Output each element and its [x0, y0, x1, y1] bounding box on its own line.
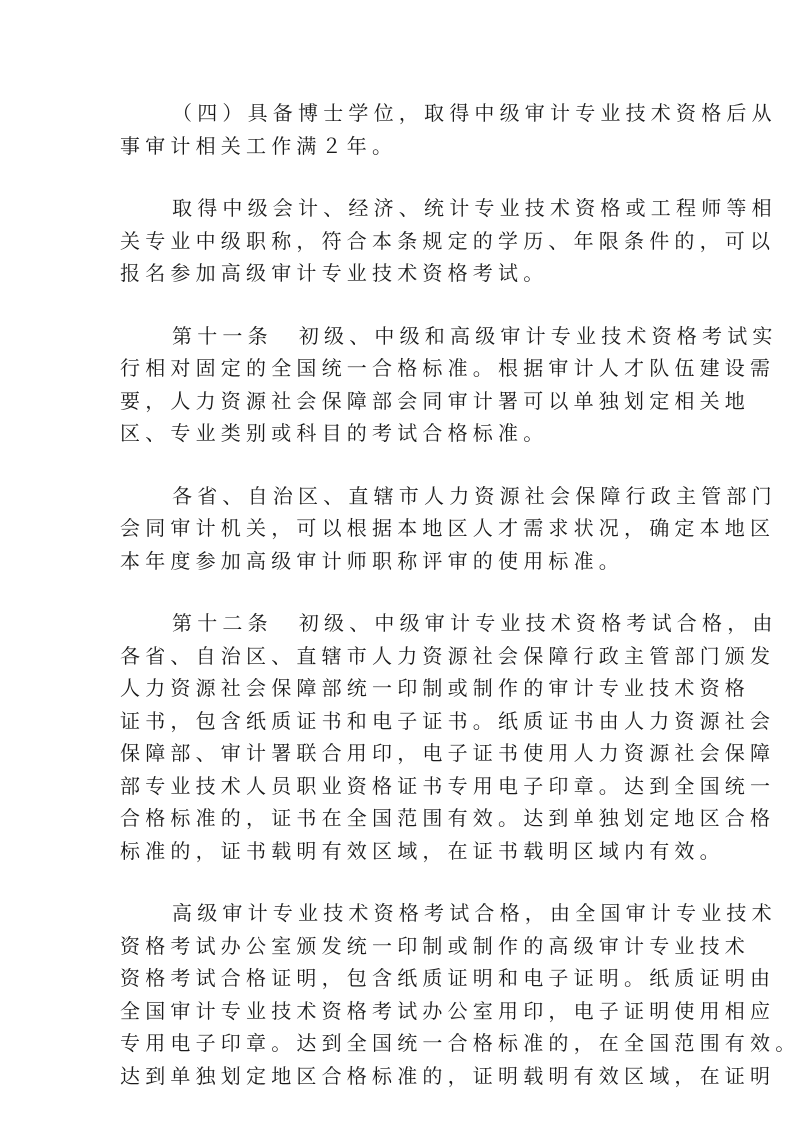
- text-line: 资格考试合格证明，包含纸质证明和电子证明。纸质证明由: [120, 962, 676, 995]
- paragraph-article-11: 第十一条初级、中级和高级审计专业技术资格考试实 行相对固定的全国统一合格标准。根…: [120, 320, 676, 450]
- text-line: 证书，包含纸质证书和电子证书。纸质证书由人力资源社会: [120, 705, 676, 738]
- text-line: 事审计相关工作满２年。: [120, 130, 676, 163]
- text-line: 本年度参加高级审计师职称评审的使用标准。: [120, 545, 676, 578]
- document-page: （四）具备博士学位，取得中级审计专业技术资格后从 事审计相关工作满２年。 取得中…: [120, 97, 676, 1122]
- paragraph-other-intermediate-titles: 取得中级会计、经济、统计专业技术资格或工程师等相 关专业中级职称，符合本条规定的…: [120, 192, 676, 290]
- paragraph-provincial-standards: 各省、自治区、直辖市人力资源社会保障行政主管部门 会同审计机关，可以根据本地区人…: [120, 480, 676, 578]
- paragraph-article-12: 第十二条初级、中级审计专业技术资格考试合格，由 各省、自治区、直辖市人力资源社会…: [120, 607, 676, 867]
- text-line: 部专业技术人员职业资格证书专用电子印章。达到全国统一: [120, 770, 676, 803]
- text-line: 各省、自治区、直辖市人力资源社会保障行政主管部门颁发: [120, 640, 676, 673]
- text-line: 人力资源社会保障部统一印制或制作的审计专业技术资格: [120, 672, 676, 705]
- text-fragment: 初级、中级审计专业技术资格考试合格，由: [299, 611, 778, 635]
- text-line: 保障部、审计署联合用印，电子证书使用人力资源社会保障: [120, 737, 676, 770]
- text-line: 会同审计机关，可以根据本地区人才需求状况，确定本地区: [120, 512, 676, 545]
- text-line: 各省、自治区、直辖市人力资源社会保障行政主管部门: [120, 480, 676, 513]
- text-fragment: 初级、中级和高级审计专业技术资格考试实: [299, 324, 778, 348]
- text-line: 全国审计专业技术资格考试办公室用印，电子证明使用相应: [120, 995, 676, 1028]
- paragraph-senior-certificate: 高级审计专业技术资格考试合格，由全国审计专业技术 资格考试办公室颁发统一印制或制…: [120, 897, 676, 1092]
- text-line: 关专业中级职称，符合本条规定的学历、年限条件的，可以: [120, 225, 676, 258]
- text-line: 第十二条初级、中级审计专业技术资格考试合格，由: [120, 607, 676, 640]
- article-number: 第十一条: [172, 324, 273, 348]
- text-line: 取得中级会计、经济、统计专业技术资格或工程师等相: [120, 192, 676, 225]
- text-line: 标准的，证书载明有效区域，在证书载明区域内有效。: [120, 835, 676, 868]
- text-line: 达到单独划定地区合格标准的，证明载明有效区域，在证明: [120, 1060, 676, 1093]
- article-number: 第十二条: [172, 611, 273, 635]
- text-line: 专用电子印章。达到全国统一合格标准的，在全国范围有效。: [120, 1027, 676, 1060]
- text-line: 第十一条初级、中级和高级审计专业技术资格考试实: [120, 320, 676, 353]
- text-line: 合格标准的，证书在全国范围有效。达到单独划定地区合格: [120, 802, 676, 835]
- text-line: 报名参加高级审计专业技术资格考试。: [120, 257, 676, 290]
- text-line: 高级审计专业技术资格考试合格，由全国审计专业技术: [120, 897, 676, 930]
- text-line: 行相对固定的全国统一合格标准。根据审计人才队伍建设需: [120, 352, 676, 385]
- paragraph-item-4-doctorate: （四）具备博士学位，取得中级审计专业技术资格后从 事审计相关工作满２年。: [120, 97, 676, 162]
- text-line: 资格考试办公室颁发统一印制或制作的高级审计专业技术: [120, 930, 676, 963]
- text-line: （四）具备博士学位，取得中级审计专业技术资格后从: [120, 97, 676, 130]
- text-line: 要，人力资源社会保障部会同审计署可以单独划定相关地: [120, 385, 676, 418]
- text-line: 区、专业类别或科目的考试合格标准。: [120, 417, 676, 450]
